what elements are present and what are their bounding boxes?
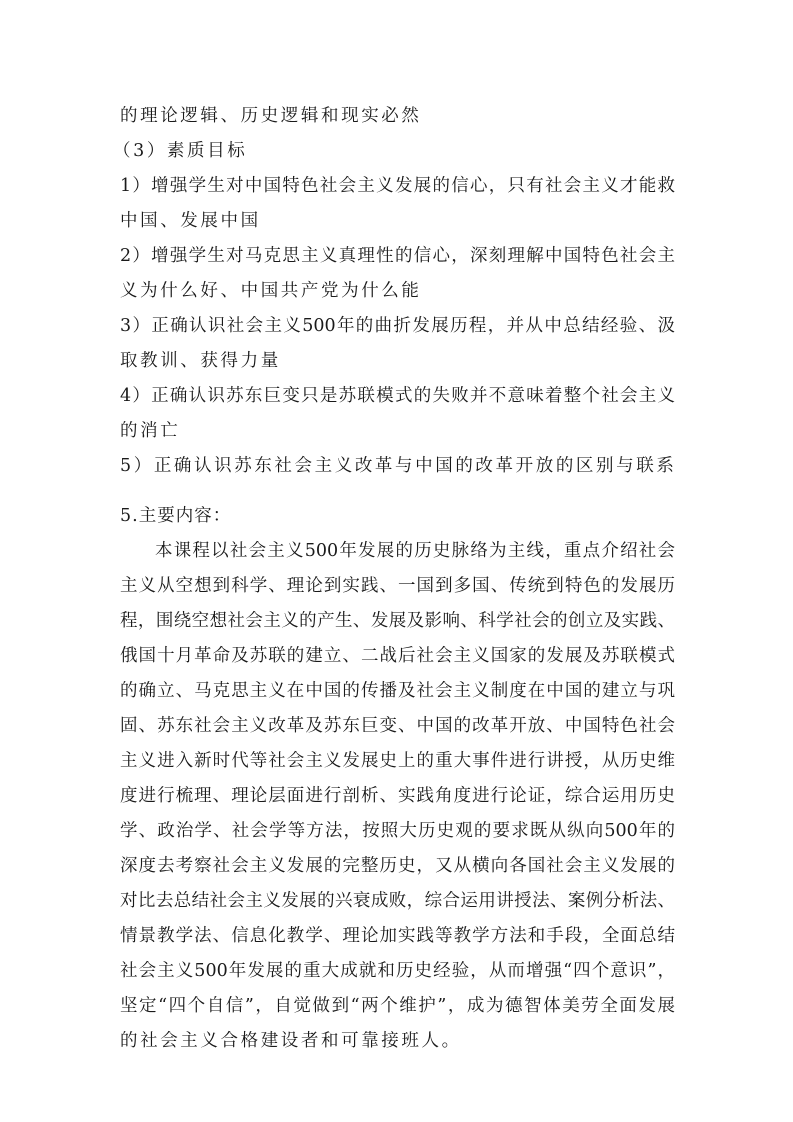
document-page: 的理论逻辑、历史逻辑和现实必然 （3）素质目标 1）增强学生对中国特色社会主义发… (0, 0, 793, 1122)
text-line: 中国、发展中国 (120, 210, 261, 232)
text-line: 主义进入新时代等社会主义发展史上的重大事件进行讲授，从历史维 (120, 750, 675, 772)
section-heading-main-content: 5.主要内容： (120, 505, 231, 527)
text-line: 的消亡 (120, 420, 180, 442)
text-line: 4）正确认识苏东巨变只是苏联模式的失败并不意味着整个社会主义 (120, 385, 675, 407)
text-line: 程，围绕空想社会主义的产生、发展及影响、科学社会的创立及实践、 (120, 610, 675, 632)
text-line: 情景教学法、信息化教学、理论加实践等教学方法和手段，全面总结 (120, 925, 675, 947)
section-heading-quality-goals: （3）素质目标 (113, 140, 247, 162)
text-line: 学、政治学、社会学等方法，按照大历史观的要求既从纵向500年的 (120, 820, 675, 842)
text-line: 取教训、获得力量 (120, 350, 281, 372)
text-line: 俄国十月革命及苏联的建立、二战后社会主义国家的发展及苏联模式 (120, 645, 675, 667)
text-line: 对比去总结社会主义发展的兴衰成败，综合运用讲授法、案例分析法、 (120, 890, 675, 912)
text-line: 的确立、马克思主义在中国的传播及社会主义制度在中国的建立与巩 (120, 680, 675, 702)
text-line: 的理论逻辑、历史逻辑和现实必然 (120, 105, 422, 127)
text-line: 3）正确认识社会主义500年的曲折发展历程，并从中总结经验、汲 (120, 315, 675, 337)
text-line: 5）正确认识苏东社会主义改革与中国的改革开放的区别与联系 (120, 455, 676, 477)
text-line: 社会主义500年发展的重大成就和历史经验，从而增强“四个意识”， (120, 960, 675, 982)
text-line: 义为什么好、中国共产党为什么能 (120, 280, 422, 302)
text-line: 1）增强学生对中国特色社会主义发展的信心，只有社会主义才能救 (120, 175, 675, 197)
text-line: 的社会主义合格建设者和可靠接班人。 (120, 1030, 462, 1052)
text-line: 2）增强学生对马克思主义真理性的信心，深刻理解中国特色社会主 (120, 245, 675, 267)
text-line: 固、苏东社会主义改革及苏东巨变、中国的改革开放、中国特色社会 (120, 715, 675, 737)
text-line: 主义从空想到科学、理论到实践、一国到多国、传统到特色的发展历 (120, 575, 675, 597)
text-line: 度进行梳理、理论层面进行剖析、实践角度进行论证，综合运用历史 (120, 785, 675, 807)
text-line: 本课程以社会主义500年发展的历史脉络为主线，重点介绍社会 (155, 540, 675, 562)
text-line: 坚定“四个自信”，自觉做到“两个维护”，成为德智体美劳全面发展 (120, 995, 675, 1017)
text-line: 深度去考察社会主义发展的完整历史，又从横向各国社会主义发展的 (120, 855, 675, 877)
